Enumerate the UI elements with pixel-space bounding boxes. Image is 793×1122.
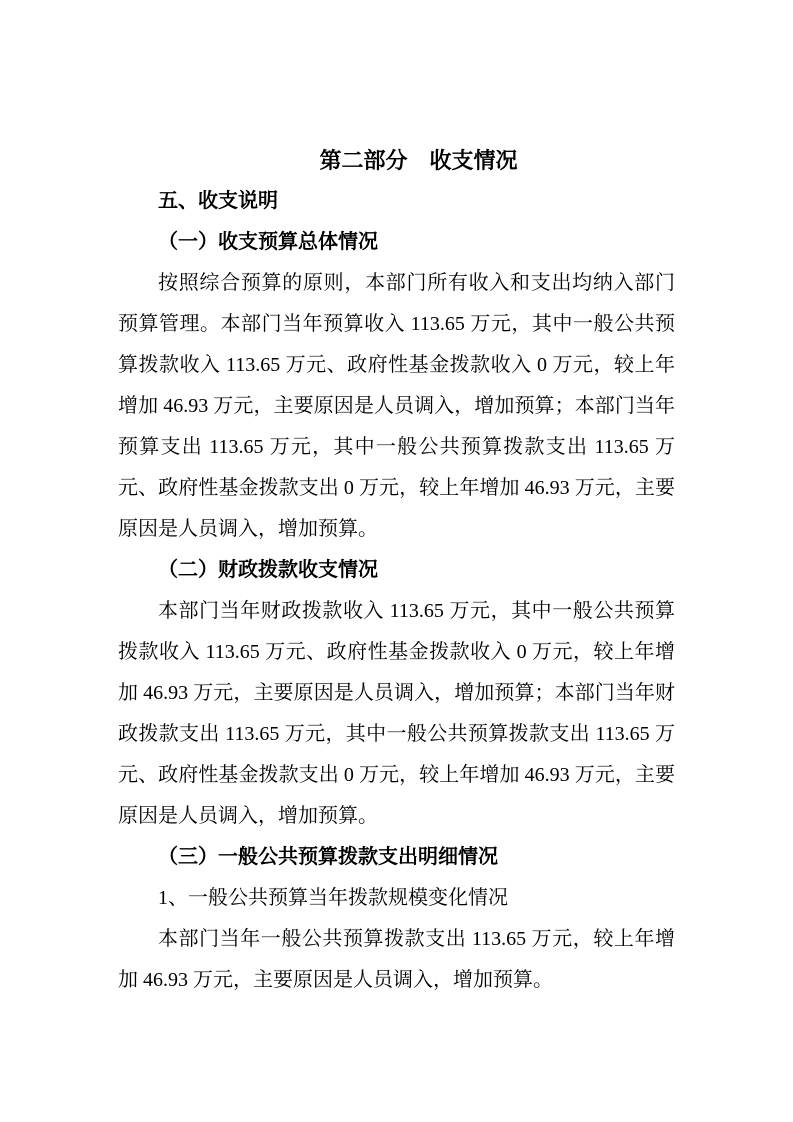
paragraph-overall-budget: 按照综合预算的原则，本部门所有收入和支出均纳入部门预算管理。本部门当年预算收入 … (118, 263, 675, 550)
part-title: 第二部分 收支情况 (118, 140, 675, 181)
paragraph-fiscal-appropriation: 本部门当年财政拨款收入 113.65 万元，其中一般公共预算拨款收入 113.6… (118, 591, 675, 837)
subsection-heading-general-public-budget-detail: （三）一般公共预算拨款支出明细情况 (118, 837, 675, 878)
paragraph-appropriation-scale-change: 本部门当年一般公共预算拨款支出 113.65 万元，较上年增加 46.93 万元… (118, 919, 675, 1001)
document-page: 第二部分 收支情况 五、收支说明 （一）收支预算总体情况 按照综合预算的原则，本… (0, 0, 793, 1122)
subsection-heading-overall-budget: （一）收支预算总体情况 (118, 222, 675, 263)
sub-subsection-heading-appropriation-scale-change: 1、一般公共预算当年拨款规模变化情况 (118, 878, 675, 919)
section-heading-income-expenditure-notes: 五、收支说明 (118, 181, 675, 222)
document-content: 第二部分 收支情况 五、收支说明 （一）收支预算总体情况 按照综合预算的原则，本… (118, 140, 675, 1001)
subsection-heading-fiscal-appropriation: （二）财政拨款收支情况 (118, 550, 675, 591)
